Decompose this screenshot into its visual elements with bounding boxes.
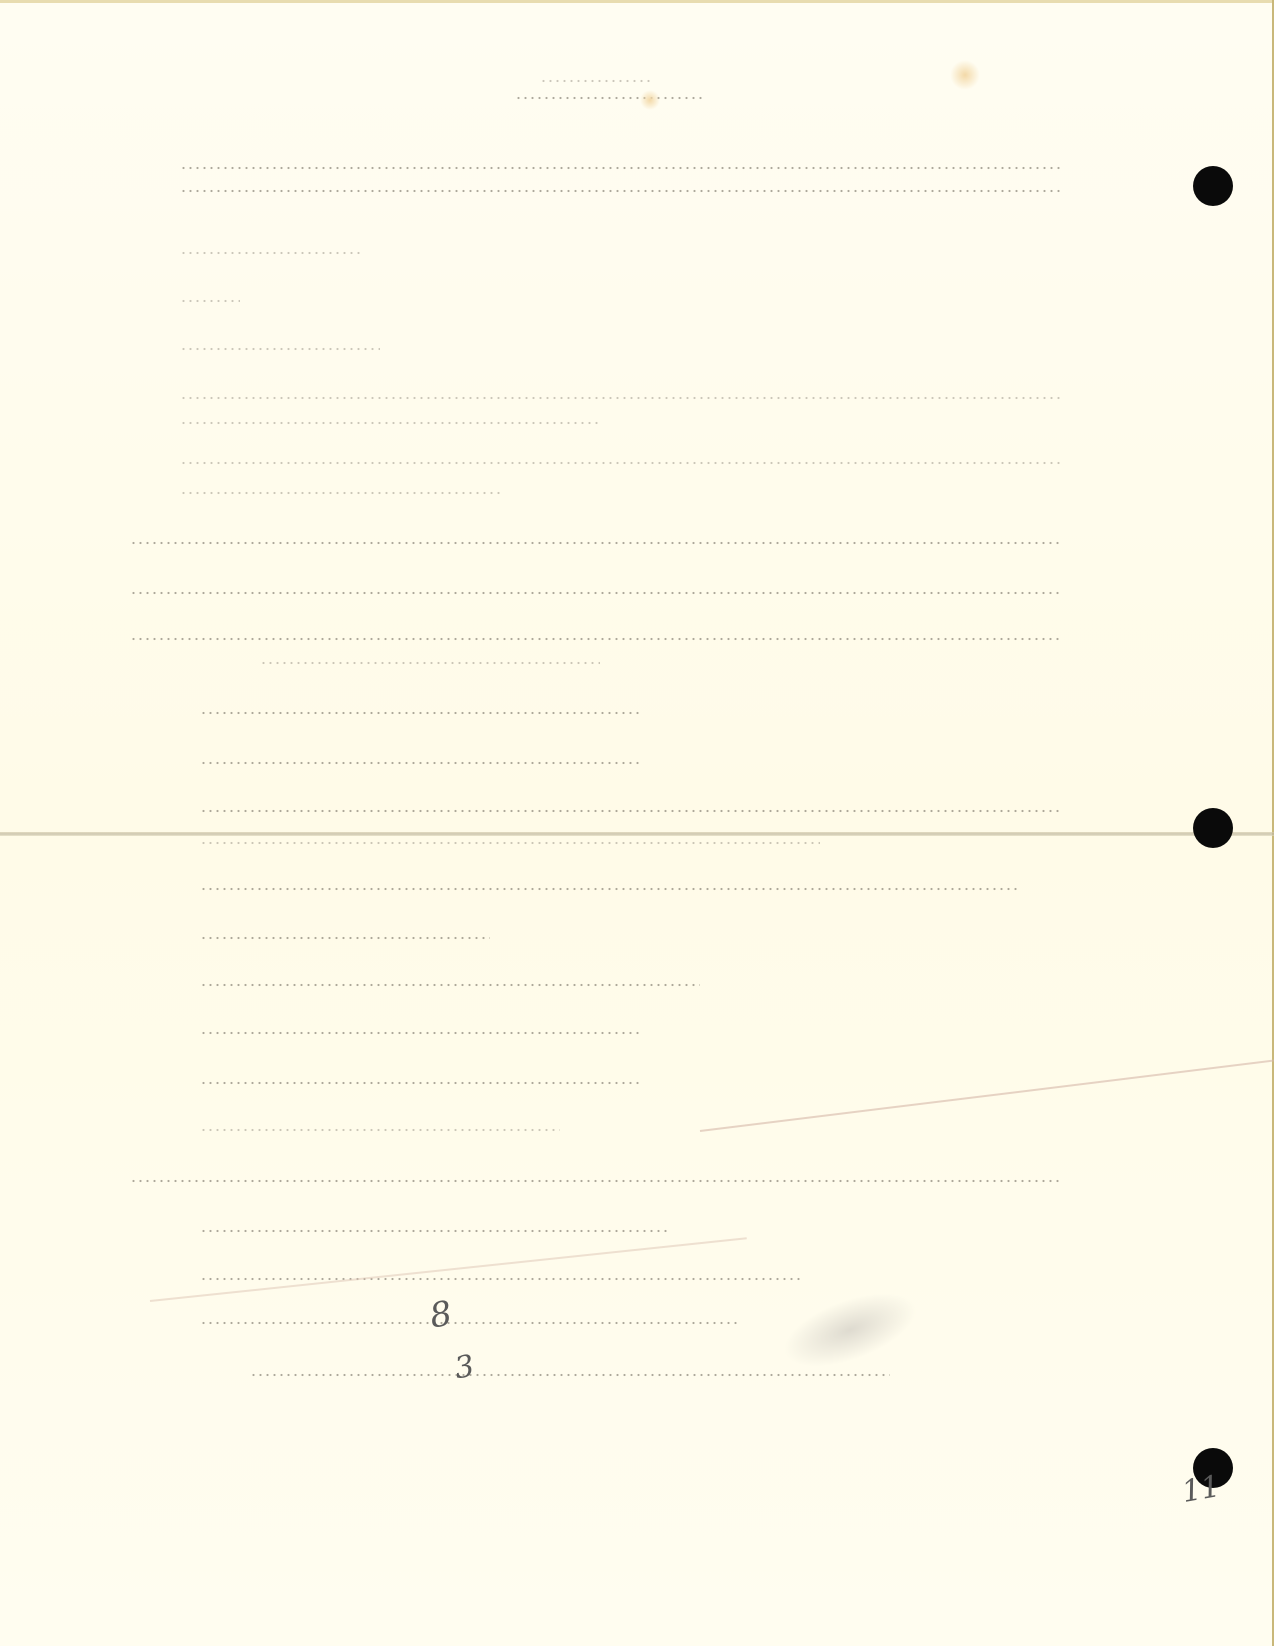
bleed-text-line: [180, 460, 1060, 466]
page-number: 11: [1179, 1469, 1223, 1510]
bleed-text-line: [130, 1178, 1060, 1184]
bleed-text-line: [200, 760, 640, 766]
bleed-text-line: [180, 346, 380, 352]
pencil-mark: 3: [452, 1349, 477, 1387]
binder-hole-middle: [1193, 808, 1233, 848]
bleed-text-line: [200, 982, 700, 988]
bleed-text-line: [180, 420, 600, 426]
bleed-title-line: [540, 78, 650, 84]
bleed-text-line: [130, 636, 1060, 642]
bleed-text-line: [180, 490, 500, 496]
paper-stain: [640, 90, 660, 110]
paper-crease: [150, 1237, 747, 1302]
paper-crease: [700, 1054, 1274, 1132]
bleed-heading-line: [515, 95, 705, 101]
page-top-edge: [0, 0, 1272, 3]
bleed-text-line: [200, 1127, 560, 1133]
bleed-text-line: [130, 540, 1060, 546]
pencil-smudge: [774, 1278, 926, 1382]
bleed-text-line: [200, 1320, 740, 1326]
bleed-text-line: [200, 886, 1020, 892]
bleed-text-line: [200, 1228, 670, 1234]
bleed-text-line: [200, 935, 490, 941]
binder-hole-top: [1193, 166, 1233, 206]
horizontal-fold: [0, 832, 1274, 836]
bleed-text-line: [200, 1080, 640, 1086]
bleed-text-line: [200, 808, 1060, 814]
bleed-text-line: [180, 250, 360, 256]
bleed-text-line: [180, 298, 240, 304]
scanned-page: 8 3 11: [0, 0, 1274, 1646]
paper-stain: [950, 60, 980, 90]
bleed-text-line: [260, 660, 600, 666]
bleed-text-line: [180, 165, 1060, 171]
bleed-text-line: [200, 710, 640, 716]
pencil-mark: 8: [427, 1293, 455, 1336]
bleed-text-line: [200, 1030, 640, 1036]
bleed-text-line: [130, 590, 1060, 596]
bleed-text-line: [200, 1276, 800, 1282]
bleed-text-line: [180, 395, 1060, 401]
bleed-text-line: [180, 188, 1060, 194]
bleed-text-line: [200, 840, 820, 846]
